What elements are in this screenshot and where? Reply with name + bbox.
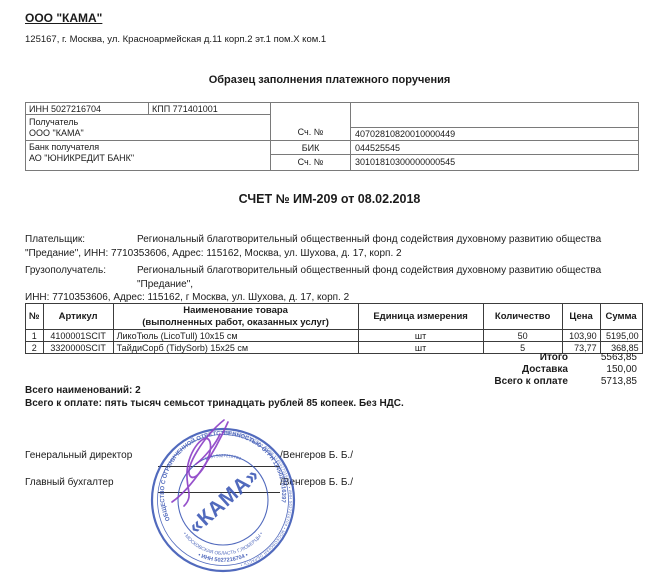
header-unit: Единица измерения	[358, 304, 483, 330]
bik-label: БИК	[271, 141, 351, 155]
row-article: 4100001SCIT	[43, 330, 113, 342]
total-due-value: 5713,85	[568, 376, 637, 387]
payer-text-line1: Региональный благотворительный обществен…	[137, 233, 601, 247]
bank-requisites-table: ИНН 5027216704 КПП 771401001 Получатель …	[25, 102, 639, 171]
stamp-region-arc-text: • МОСКОВСКАЯ ОБЛАСТЬ Г.ЛЮБЕРЦЫ •	[181, 531, 264, 556]
table-row: 1 4100001SCIT ЛикоТюль (LicoTull) 10x15 …	[26, 330, 643, 342]
consignee-label: Грузополучатель:	[25, 264, 137, 291]
total-due-label: Всего к оплате	[494, 376, 568, 387]
payer-paragraph: Плательщик: Региональный благотворительн…	[25, 233, 641, 260]
consignee-paragraph: Грузополучатель: Региональный благотвори…	[25, 264, 641, 305]
bik-value: 044525545	[351, 141, 638, 155]
payment-sample-title: Образец заполнения платежного поручения	[0, 74, 659, 86]
header-name: Наименование товара (выполненных работ, …	[113, 304, 358, 330]
items-count-line: Всего наименований: 2	[25, 385, 141, 396]
row-num: 1	[26, 330, 44, 342]
header-num: №	[26, 304, 44, 330]
subtotal-label: Итого	[540, 352, 568, 363]
account-number: 40702810820010000449	[351, 128, 638, 141]
subtotal-row: Итого 5563,85	[25, 352, 637, 363]
row-name: ЛикоТюль (LicoTull) 10x15 см	[113, 330, 358, 342]
delivery-label: Доставка	[522, 364, 568, 375]
consignee-text-line1: Региональный благотворительный обществен…	[137, 264, 641, 291]
invoice-title: СЧЕТ № ИМ-209 от 08.02.2018	[0, 192, 659, 206]
inn-cell: ИНН 5027216704	[26, 103, 149, 115]
handwritten-signature	[160, 414, 250, 514]
director-label: Генеральный директор	[25, 450, 132, 461]
kpp-cell: КПП 771401001	[149, 103, 271, 115]
corr-account-number: 30101810300000000545	[351, 155, 638, 170]
bank-name: АО "ЮНИКРЕДИТ БАНК"	[29, 153, 270, 164]
accountant-label: Главный бухгалтер	[25, 477, 114, 488]
items-header-row: № Артикул Наименование товара (выполненн…	[26, 304, 643, 330]
company-address: 125167, г. Москва, ул. Красноармейская д…	[25, 34, 326, 45]
bank-label: Банк получателя	[29, 142, 270, 153]
corr-account-label: Сч. №	[271, 155, 351, 170]
company-name: ООО "КАМА"	[25, 11, 102, 25]
payer-label: Плательщик:	[25, 233, 137, 247]
header-price: Цена	[562, 304, 600, 330]
header-article: Артикул	[43, 304, 113, 330]
invoice-document: ООО "КАМА" 125167, г. Москва, ул. Красно…	[0, 0, 659, 582]
payer-text-line2: "Предание", ИНН: 7710353606, Адрес: 1151…	[25, 247, 641, 261]
account-empty-cell	[351, 103, 638, 128]
delivery-row: Доставка 150,00	[25, 364, 637, 375]
amount-in-words-line: Всего к оплате: пять тысяч семьсот трина…	[25, 398, 404, 409]
recipient-name: ООО "КАМА"	[29, 128, 270, 139]
recipient-label: Получатель	[29, 117, 270, 128]
recipient-cell: Получатель ООО "КАМА"	[26, 115, 271, 141]
bank-cell: Банк получателя АО "ЮНИКРЕДИТ БАНК"	[26, 141, 271, 170]
subtotal-value: 5563,85	[568, 352, 637, 363]
items-table: № Артикул Наименование товара (выполненн…	[25, 303, 643, 354]
row-sum: 5195,00	[600, 330, 642, 342]
row-unit: шт	[358, 330, 483, 342]
row-price: 103,90	[562, 330, 600, 342]
account-label: Сч. №	[271, 103, 351, 141]
header-sum: Сумма	[600, 304, 642, 330]
delivery-value: 150,00	[568, 364, 637, 375]
row-qty: 50	[483, 330, 562, 342]
svg-text:• МОСКОВСКАЯ ОБЛАСТЬ Г.ЛЮБЕРЦЫ: • МОСКОВСКАЯ ОБЛАСТЬ Г.ЛЮБЕРЦЫ •	[181, 531, 264, 556]
header-qty: Количество	[483, 304, 562, 330]
